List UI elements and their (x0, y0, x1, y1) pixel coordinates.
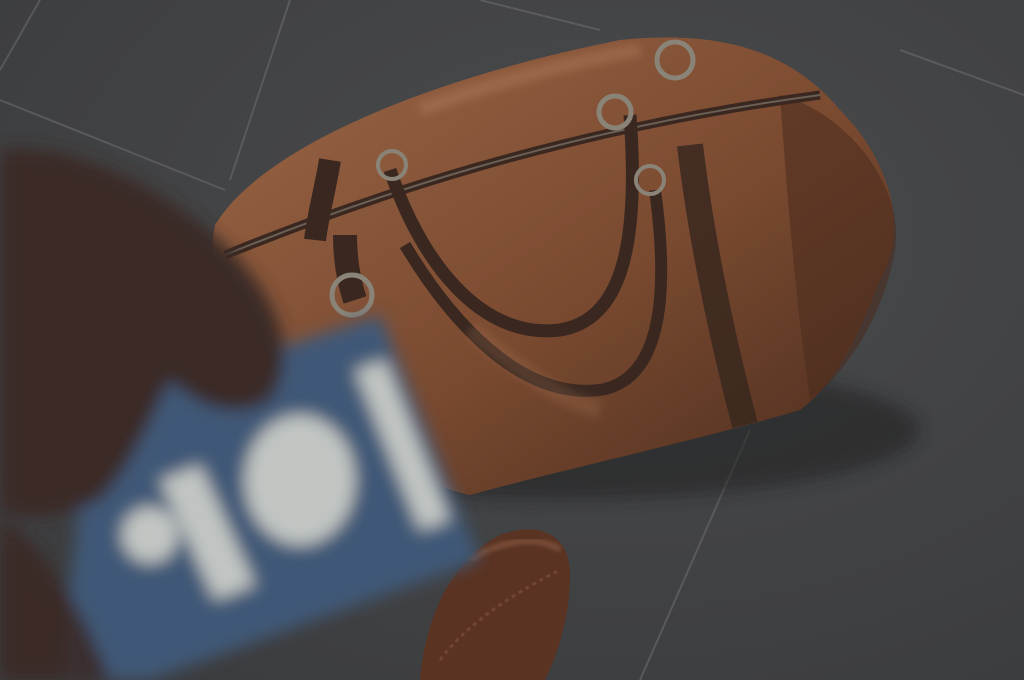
photo-scene (0, 0, 1024, 680)
photo-illustration (0, 0, 1024, 680)
